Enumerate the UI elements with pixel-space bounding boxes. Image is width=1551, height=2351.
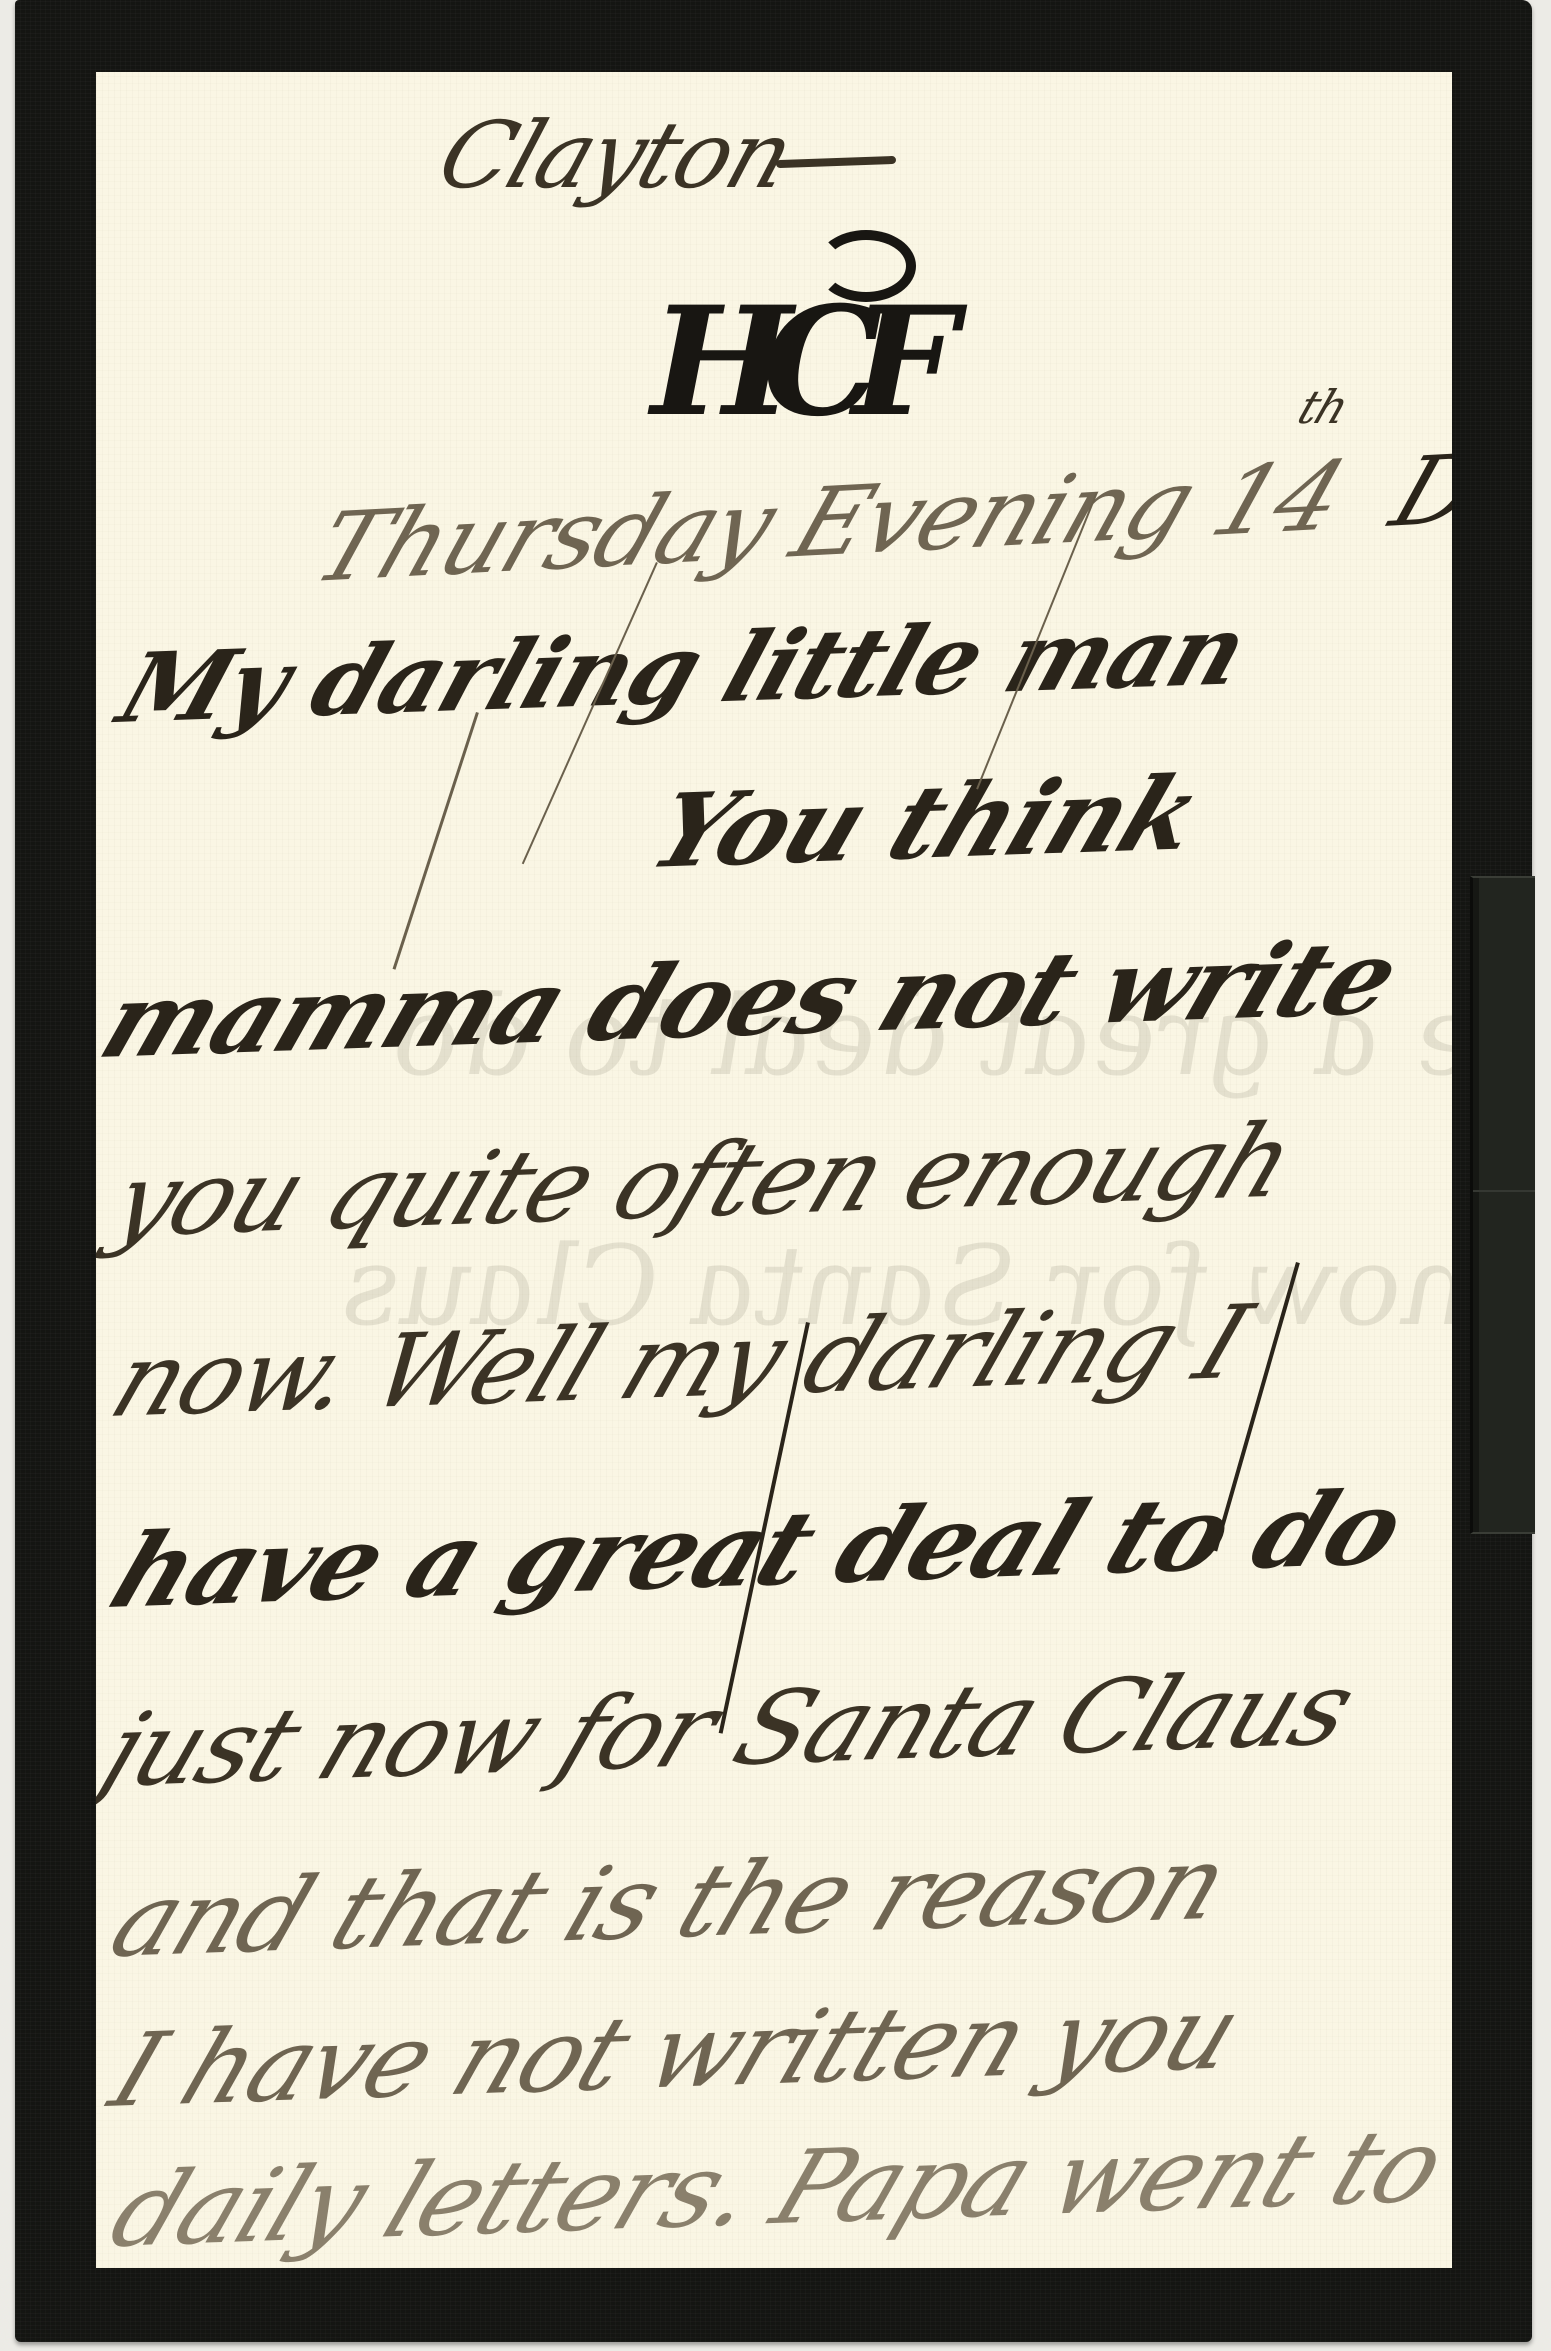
body-line: now. Well my darling I <box>96 1283 1263 1441</box>
date-ordinal: th <box>1291 380 1355 434</box>
body-line: and that is the reason <box>96 1824 1242 1981</box>
tab-divider <box>1473 1190 1535 1192</box>
body-line: You think <box>636 754 1216 892</box>
date-month: Dec. <box>1378 426 1452 549</box>
body-line: I have not written you <box>96 1974 1255 2131</box>
place-underline <box>776 156 896 168</box>
salutation: My darling little man <box>106 594 1259 745</box>
letter-page: have a great deal to do just now for San… <box>96 72 1452 2268</box>
letterhead-place: Clayton <box>426 102 805 209</box>
body-line: daily letters. Papa went to <box>96 2107 1452 2268</box>
descender-stroke <box>393 712 479 970</box>
binding-tab <box>1470 876 1535 1534</box>
